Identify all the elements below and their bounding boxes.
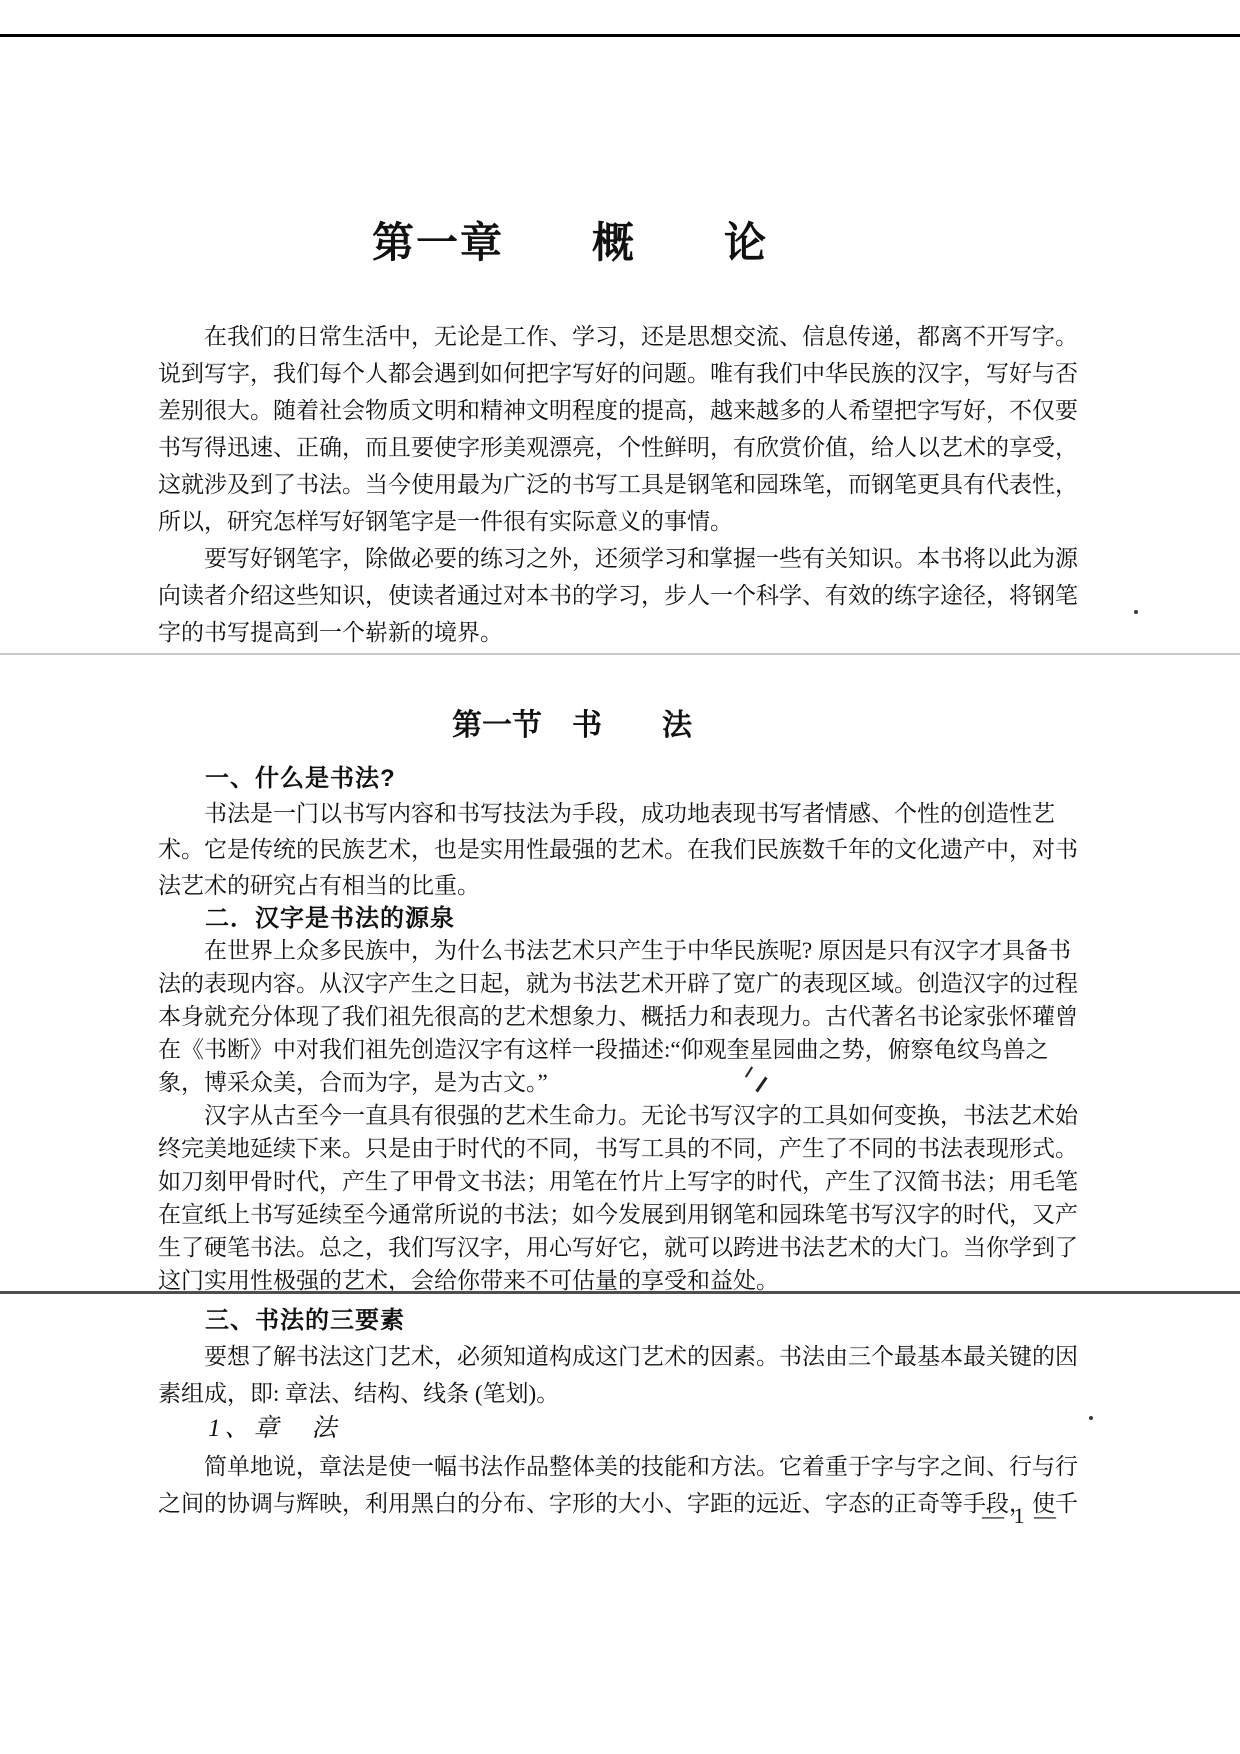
subheading-what-is-calligraphy: 一、什么是书法?	[205, 758, 396, 793]
paragraph-what-is-calligraphy: 书法是一门以书写内容和书写技法为手段，成功地表现书写者情感、个性的创造性艺 术。…	[158, 796, 1084, 904]
subheading-hanzi-source: 二．汉字是书法的源泉	[205, 898, 455, 933]
text-line: 要想了解书法这门艺术，必须知道构成这门艺术的因素。书法由三个最基本最关键的因	[158, 1338, 1084, 1375]
top-border-line	[0, 34, 1240, 37]
text-line: 在我们的日常生活中，无论是工作、学习，还是思想交流、信息传递，都离不开写字。	[158, 318, 1084, 355]
text-line: 书法是一门以书写内容和书写技法为手段，成功地表现书写者情感、个性的创造性艺	[158, 796, 1084, 832]
text-line: 要写好钢笔字，除做必要的练习之外，还须学习和掌握一些有关知识。本书将以此为源	[158, 540, 1084, 577]
text-line: 如刀刻甲骨时代，产生了甲骨文书法；用笔在竹片上写字的时代，产生了汉简书法；用毛笔	[158, 1165, 1084, 1198]
paragraph-hanzi-origin: 在世界上众多民族中，为什么书法艺术只产生于中华民族呢? 原因是只有汉字才具备书 …	[158, 934, 1084, 1297]
subheading-three-elements: 三、书法的三要素	[205, 1300, 405, 1335]
text-line: 素组成，即: 章法、结构、线条 (笔划)。	[158, 1375, 1084, 1412]
scan-artifact-light-line	[0, 653, 1240, 655]
text-line: 向读者介绍这些知识，使读者通过对本书的学习，步人一个科学、有效的练字途径，将钢笔	[158, 577, 1084, 614]
subheading-zhangfa: 1、章 法	[208, 1408, 341, 1444]
text-line: 汉字从古至今一直具有很强的艺术生命力。无论书写汉字的工具如何变换，书法艺术始	[158, 1099, 1084, 1132]
scan-artifact-speck	[1089, 1416, 1093, 1420]
text-line: 字的书写提高到一个崭新的境界。	[158, 614, 1084, 651]
text-line: 书写得迅速、正确，而且要使字形美观漂亮，个性鲜明，有欣赏价值，给人以艺术的享受，	[158, 429, 1084, 466]
paragraph-intro-2: 要写好钢笔字，除做必要的练习之外，还须学习和掌握一些有关知识。本书将以此为源 向…	[158, 540, 1084, 651]
scan-artifact-dark-line	[0, 1291, 1240, 1294]
book-page: 第一章 概 论 在我们的日常生活中，无论是工作、学习，还是思想交流、信息传递，都…	[0, 0, 1240, 1754]
text-line: 之间的协调与辉映，利用黑白的分布、字形的大小、字距的远近、字态的正奇等手段，使千	[158, 1485, 1084, 1522]
scan-artifact-speck	[1134, 610, 1138, 614]
text-line: 差别很大。随着社会物质文明和精神文明程度的提高，越来越多的人希望把字写好，不仅要	[158, 392, 1084, 429]
text-line: 说到写字，我们每个人都会遇到如何把字写好的问题。唯有我们中华民族的汉字，写好与否	[158, 355, 1084, 392]
paragraph-three-elements: 要想了解书法这门艺术，必须知道构成这门艺术的因素。书法由三个最基本最关键的因 素…	[158, 1338, 1084, 1412]
text-line: 在宣纸上书写延续至今通常所说的书法；如今发展到用钢笔和园珠笔书写汉字的时代，又产	[158, 1198, 1084, 1231]
paragraph-zhangfa: 简单地说，章法是使一幅书法作品整体美的技能和方法。它着重于字与字之间、行与行 之…	[158, 1448, 1084, 1522]
text-line: 术。它是传统的民族艺术，也是实用性最强的艺术。在我们民族数千年的文化遗产中，对书	[158, 832, 1084, 868]
text-line: 在《书断》中对我们祖先创造汉字有这样一段描述:“仰观奎星园曲之势，俯察龟纹鸟兽之	[158, 1033, 1084, 1066]
paragraph-intro-1: 在我们的日常生活中，无论是工作、学习，还是思想交流、信息传递，都离不开写字。 说…	[158, 318, 1084, 540]
section-title: 第一节 书 法	[452, 700, 692, 744]
text-line: 在世界上众多民族中，为什么书法艺术只产生于中华民族呢? 原因是只有汉字才具备书	[158, 934, 1084, 967]
chapter-title: 第一章 概 论	[372, 210, 768, 270]
text-line: 终完美地延续下来。只是由于时代的不同，书写工具的不同，产生了不同的书法表现形式。	[158, 1132, 1084, 1165]
text-line: 法的表现内容。从汉字产生之日起，就为书法艺术开辟了宽广的表现区域。创造汉字的过程	[158, 967, 1084, 1000]
text-line: 所以，研究怎样写好钢笔字是一件很有实际意义的事情。	[158, 503, 1084, 540]
page-number: — 1 —	[982, 1503, 1058, 1529]
text-line: 简单地说，章法是使一幅书法作品整体美的技能和方法。它着重于字与字之间、行与行	[158, 1448, 1084, 1485]
text-line: 这就涉及到了书法。当今使用最为广泛的书写工具是钢笔和园珠笔，而钢笔更具有代表性，	[158, 466, 1084, 503]
text-line: 象，博采众美，合而为字，是为古文。”	[158, 1066, 1084, 1099]
text-line: 本身就充分体现了我们祖先很高的艺术想象力、概括力和表现力。古代著名书论家张怀瓘曾	[158, 1000, 1084, 1033]
text-line: 生了硬笔书法。总之，我们写汉字，用心写好它，就可以跨进书法艺术的大门。当你学到了	[158, 1231, 1084, 1264]
